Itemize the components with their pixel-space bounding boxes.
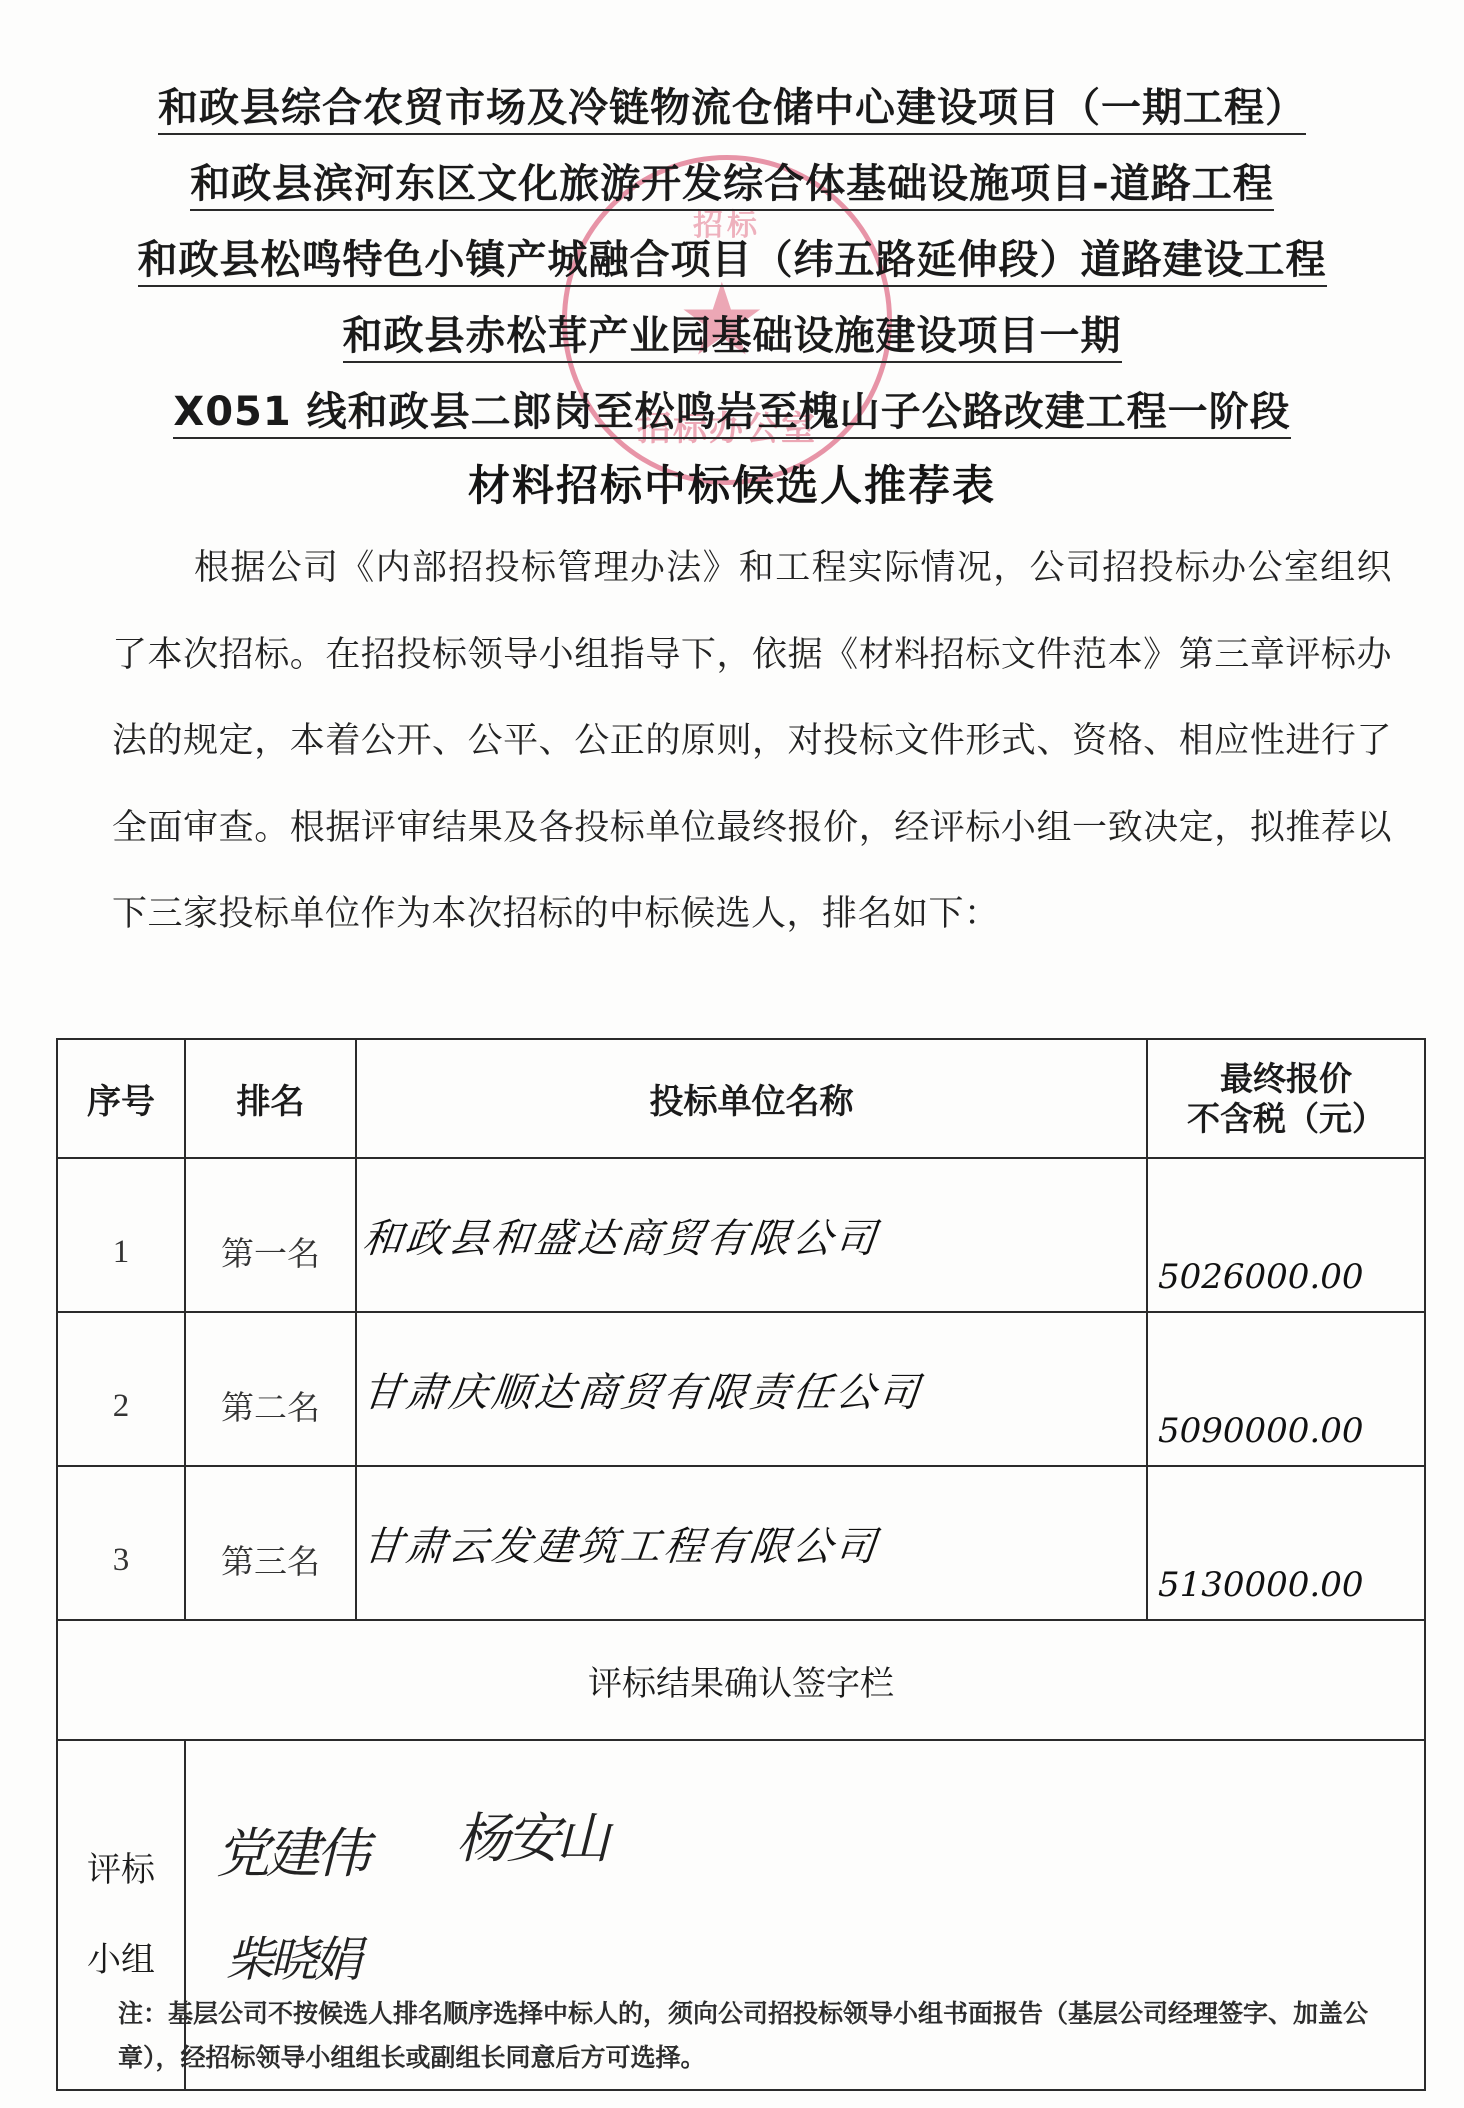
row-price-handwritten: 5026000.00 — [1147, 1158, 1425, 1312]
row-rank: 第二名 — [185, 1312, 356, 1466]
row-seq: 3 — [57, 1466, 185, 1620]
row-rank: 第一名 — [185, 1158, 356, 1312]
candidate-table: 序号 排名 投标单位名称 最终报价 不含税（元） 1 第一名 和政县和盛达商贸有… — [56, 1038, 1426, 2091]
header-price: 最终报价 不含税（元） — [1147, 1039, 1425, 1158]
project-title-2: 和政县滨河东区文化旅游开发综合体基础设施项目-道路工程 — [0, 158, 1464, 210]
row-price-handwritten: 5090000.00 — [1147, 1312, 1425, 1466]
confirm-section-row: 评标结果确认签字栏 — [57, 1620, 1425, 1740]
signature-1: 党建伟 — [216, 1811, 366, 1888]
project-title-5: X051 线和政县二郎岗至松鸣岩至槐山子公路改建工程一阶段 — [0, 386, 1464, 438]
confirm-section-title: 评标结果确认签字栏 — [57, 1620, 1425, 1740]
row-rank: 第三名 — [185, 1466, 356, 1620]
document-title: 材料招标中标候选人推荐表 — [0, 458, 1464, 514]
header-rank: 排名 — [185, 1039, 356, 1158]
signature-3: 柴晓娟 — [226, 1921, 358, 1990]
signature-2: 杨安山 — [456, 1796, 606, 1873]
row-bidder-handwritten: 甘肃庆顺达商贸有限责任公司 — [348, 1312, 1155, 1466]
header-bidder: 投标单位名称 — [356, 1039, 1147, 1158]
footnote: 注：基层公司不按候选人排名顺序选择中标人的，须向公司招投标领导小组书面报告（基层… — [118, 1992, 1408, 2080]
row-bidder-handwritten: 和政县和盛达商贸有限公司 — [348, 1158, 1155, 1312]
row-seq: 2 — [57, 1312, 185, 1466]
project-title-1: 和政县综合农贸市场及冷链物流仓储中心建设项目（一期工程） — [0, 82, 1464, 134]
table-row: 2 第二名 甘肃庆顺达商贸有限责任公司 5090000.00 — [57, 1312, 1425, 1466]
project-title-3: 和政县松鸣特色小镇产城融合项目（纬五路延伸段）道路建设工程 — [0, 234, 1464, 286]
intro-paragraph: 根据公司《内部招投标管理办法》和工程实际情况，公司招投标办公室组织了本次招标。在… — [112, 525, 1392, 958]
row-seq: 1 — [57, 1158, 185, 1312]
row-bidder-handwritten: 甘肃云发建筑工程有限公司 — [348, 1466, 1155, 1620]
project-title-4: 和政县赤松茸产业园基础设施建设项目一期 — [0, 310, 1464, 362]
table-row: 1 第一名 和政县和盛达商贸有限公司 5026000.00 — [57, 1158, 1425, 1312]
row-price-handwritten: 5130000.00 — [1147, 1466, 1425, 1620]
table-header-row: 序号 排名 投标单位名称 最终报价 不含税（元） — [57, 1039, 1425, 1158]
table-row: 3 第三名 甘肃云发建筑工程有限公司 5130000.00 — [57, 1466, 1425, 1620]
header-seq: 序号 — [57, 1039, 185, 1158]
